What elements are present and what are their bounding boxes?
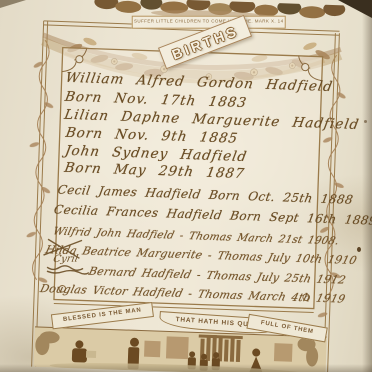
bible-register-photo: SUFFER LITTLE CHILDREN TO COME UNTO ME. … bbox=[0, 0, 372, 372]
photo-shadow-bottom-edge bbox=[0, 364, 372, 372]
verse-text: SUFFER LITTLE CHILDREN TO COME UNTO ME. … bbox=[134, 19, 284, 24]
ink-speck bbox=[357, 247, 361, 252]
verse-ribbon: SUFFER LITTLE CHILDREN TO COME UNTO ME. … bbox=[132, 16, 286, 29]
photo-shadow-right-edge bbox=[362, 0, 372, 372]
ink-speck bbox=[364, 120, 367, 123]
inserted-name-correction: Cyril bbox=[52, 254, 79, 265]
register-page: SUFFER LITTLE CHILDREN TO COME UNTO ME. … bbox=[0, 0, 372, 372]
